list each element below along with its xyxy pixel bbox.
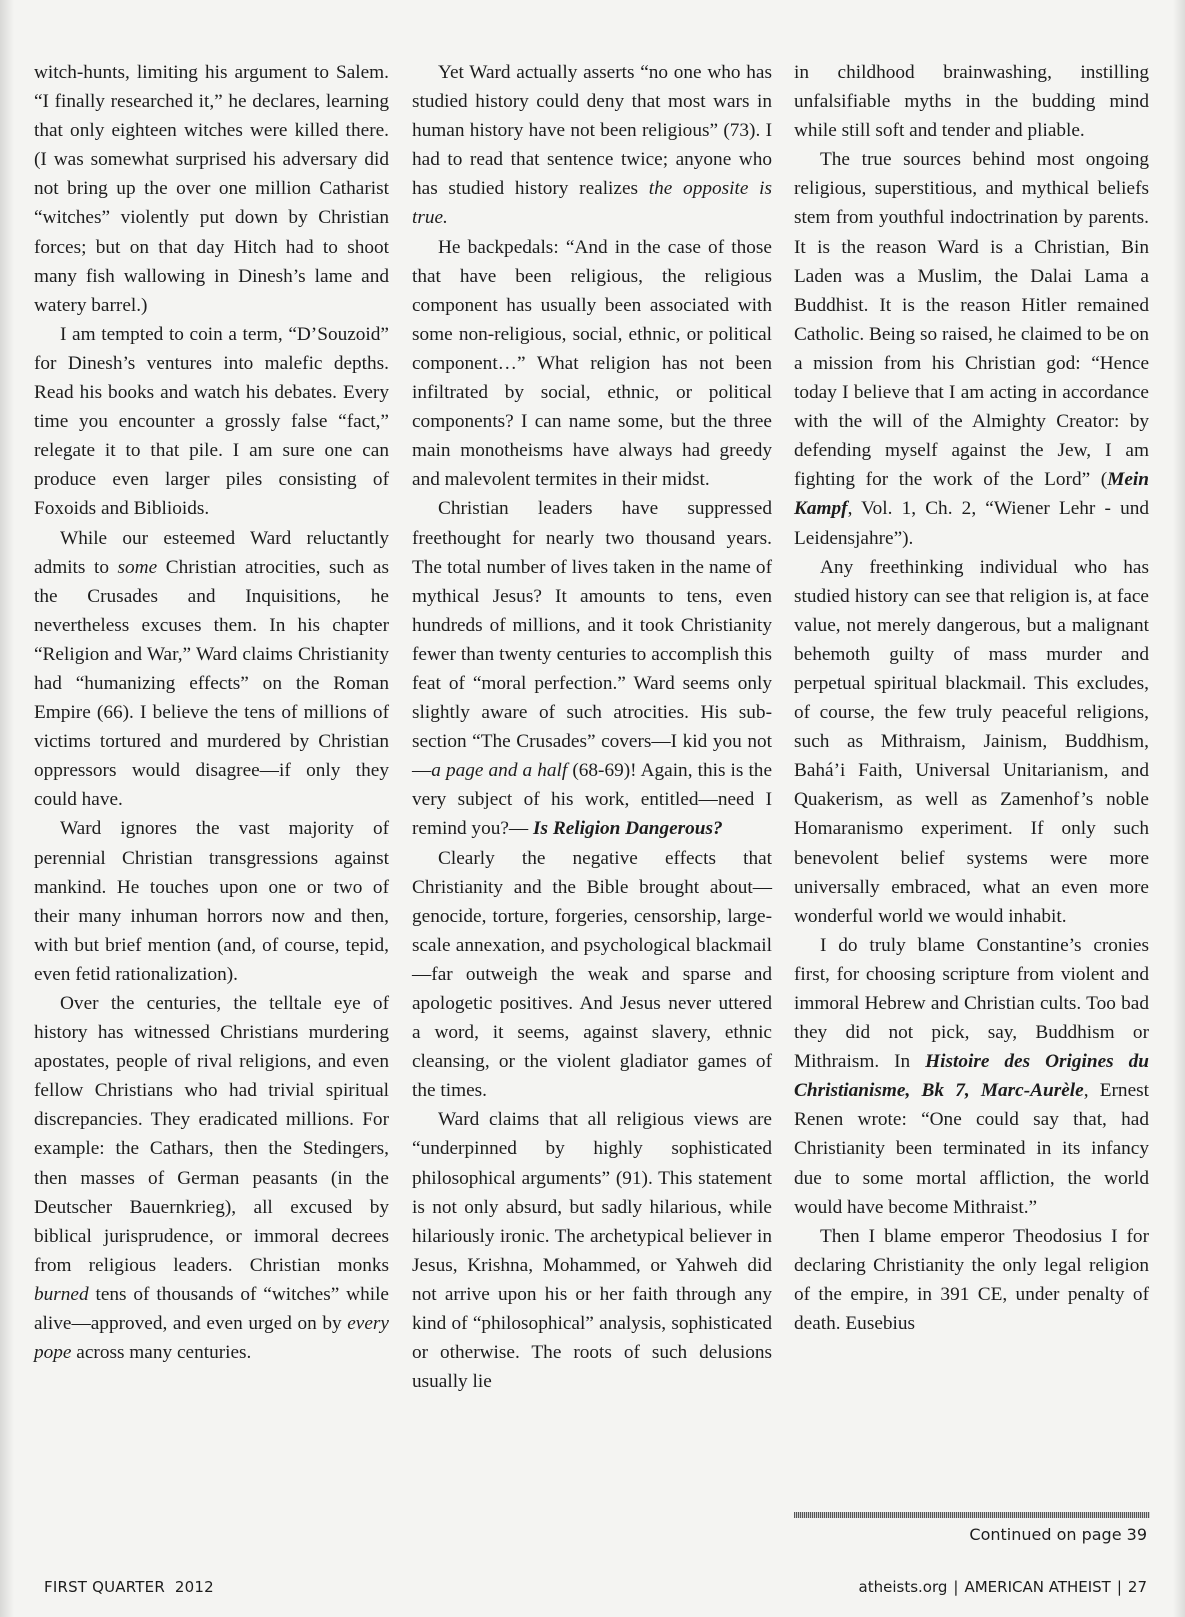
footer-separator: | [953, 1578, 958, 1596]
article-column-1: witch-hunts, limiting his argument to Sa… [34, 58, 389, 1367]
page-number: 27 [1128, 1578, 1147, 1596]
emphasized-text: a page and a half [431, 760, 567, 781]
footer-issue-date: FIRST QUARTER 2012 [44, 1578, 214, 1596]
article-paragraph: While our esteemed Ward reluctantly admi… [34, 524, 389, 815]
article-column-2: Yet Ward actually asserts “no one who ha… [412, 58, 772, 1396]
paragraph-text: Christian atrocities, such as the Crusad… [34, 557, 389, 811]
paragraph-text: Christian leaders have suppressed freeth… [412, 498, 772, 781]
emphasized-text: some [118, 557, 158, 578]
article-paragraph: Ward claims that all religious views are… [412, 1105, 772, 1396]
footer-publication: atheists.org|AMERICAN ATHEIST|27 [859, 1578, 1147, 1596]
paragraph-text: Ward claims that all religious views are… [412, 1109, 772, 1392]
end-of-column-rule [794, 1512, 1150, 1518]
article-paragraph: Any freethinking individual who has stud… [794, 553, 1149, 931]
footer-separator: | [1117, 1578, 1122, 1596]
paragraph-text: Ward ignores the vast majority of perenn… [34, 818, 389, 984]
article-paragraph: I do truly blame Constantine’s cronies f… [794, 931, 1149, 1222]
article-paragraph: Christian leaders have suppressed freeth… [412, 494, 772, 843]
paragraph-text: Clearly the negative effects that Christ… [412, 848, 772, 1102]
paragraph-text: The true sources behind most ongoing rel… [794, 149, 1149, 490]
paragraph-text: witch-hunts, limiting his argument to Sa… [34, 62, 389, 316]
paragraph-text: in childhood brainwashing, instilling un… [794, 62, 1149, 141]
article-paragraph: Then I blame emperor Theodosius I for de… [794, 1222, 1149, 1338]
paragraph-text: Any freethinking individual who has stud… [794, 557, 1149, 927]
paragraph-text: I am tempted to coin a term, “D’Souzoid”… [34, 324, 389, 520]
article-paragraph: Yet Ward actually asserts “no one who ha… [412, 58, 772, 233]
paragraph-text: , Vol. 1, Ch. 2, “Wiener Lehr - und Leid… [794, 498, 1149, 548]
article-paragraph: He backpedals: “And in the case of those… [412, 233, 772, 495]
article-paragraph: Ward ignores the vast majority of perenn… [34, 814, 389, 989]
paragraph-text: Over the centuries, the telltale eye of … [34, 993, 389, 1276]
article-column-3: in childhood brainwashing, instilling un… [794, 58, 1149, 1338]
article-paragraph: in childhood brainwashing, instilling un… [794, 58, 1149, 145]
emphasized-text: burned [34, 1284, 89, 1305]
page-edge-shadow-right [1173, 0, 1185, 1617]
article-paragraph: Clearly the negative effects that Christ… [412, 844, 772, 1106]
footer-magazine-name: AMERICAN ATHEIST [964, 1578, 1110, 1596]
article-paragraph: Over the centuries, the telltale eye of … [34, 989, 389, 1367]
footer-site-link[interactable]: atheists.org [859, 1578, 948, 1596]
page-edge-shadow-left [0, 0, 14, 1617]
paragraph-text: across many centuries. [71, 1342, 251, 1363]
continued-on-page-link[interactable]: Continued on page 39 [969, 1525, 1147, 1544]
article-paragraph: The true sources behind most ongoing rel… [794, 145, 1149, 552]
paragraph-text: Then I blame emperor Theodosius I for de… [794, 1226, 1149, 1334]
emphasized-text: Is Religion Dangerous? [533, 818, 723, 839]
article-paragraph: I am tempted to coin a term, “D’Souzoid”… [34, 320, 389, 524]
paragraph-text: He backpedals: “And in the case of those… [412, 237, 772, 491]
article-paragraph: witch-hunts, limiting his argument to Sa… [34, 58, 389, 320]
